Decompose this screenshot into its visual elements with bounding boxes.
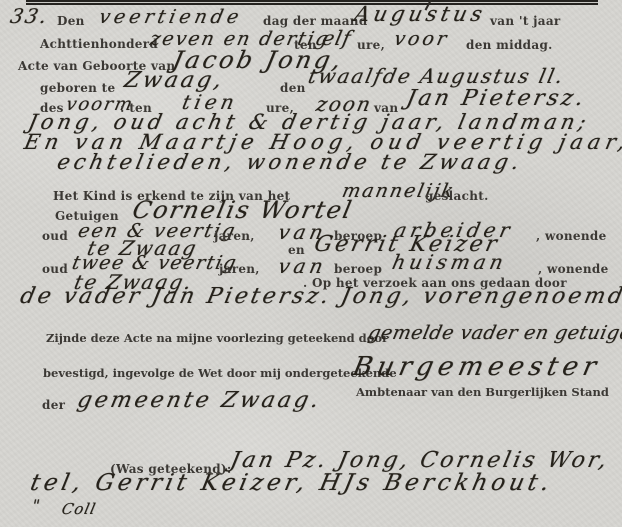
parents-residence-line-handwritten-text: echtelieden, wonende te Zwaag. [55, 150, 525, 174]
witness1-details-line-printed-text: oud [42, 229, 68, 243]
signing-statement-line-printed-text: Zijnde deze Acte na mijne voorlezing get… [46, 331, 388, 345]
record-number: 33. [8, 4, 51, 28]
municipality-line-printed-text: der [42, 398, 65, 412]
gender-line-printed-text: geslacht. [425, 189, 489, 203]
birth-place-date-line-printed-text: den [280, 81, 306, 95]
year-and-hour-line-printed-text: den middag. [466, 38, 553, 52]
confirmation-line-printed-text: bevestigd, ingevolge de Wet door mij ond… [43, 366, 397, 380]
witness1-details-line-printed-text: , wonende [536, 229, 607, 243]
witness2-details-line-handwritten-text: huisman [390, 250, 509, 274]
municipality-line-handwritten-text: gemeente Zwaag. [75, 388, 324, 413]
registration-date-line-printed-text: van 't jaar [490, 14, 561, 28]
registration-date-line-handwritten-text: Augustus [352, 2, 488, 26]
witness2-details-line-printed-text: beroep [334, 262, 382, 276]
requested-by-line-handwritten-text: de vader Jan Pietersz. Jong, vorengenoem… [18, 284, 622, 309]
witness2-details-line-handwritten-text: van [276, 254, 329, 278]
collation-mark-line-handwritten-text: " [30, 496, 41, 515]
birth-place-date-line-handwritten-text: twaalfde Augustus ll. [306, 64, 567, 88]
year-and-hour-line-printed-text: Achttienhonderd [40, 37, 158, 51]
signing-statement-line-handwritten-text: gemelde vader en getuigen [366, 322, 622, 344]
witness2-details-line-printed-text: oud [42, 262, 68, 276]
collation-mark-line-handwritten-text: Coll [60, 500, 98, 518]
birth-place-date-line-printed-text: geboren te [40, 81, 115, 95]
year-and-hour-line-printed-text: ure, [357, 38, 385, 52]
registration-date-line-handwritten-text: veertiende [97, 6, 245, 28]
witness2-details-line-printed-text: , wonende [538, 262, 609, 276]
signatures-line-2-handwritten-text: tel, Gerrit Keizer, HJs Berckhout. [28, 470, 555, 496]
year-and-hour-line-handwritten-text: voor [392, 28, 451, 50]
birth-hour-father-line-handwritten-text: Jan Pietersz. [404, 86, 589, 111]
document-page: 33. Denveertiendedag der maandAugustusva… [0, 0, 622, 527]
witness2-details-line-printed-text: jaren, [219, 262, 260, 276]
top-edge-rule [26, 0, 598, 5]
witness1-details-line-printed-text: jaren, [214, 229, 255, 243]
registration-date-line-printed-text: Den [57, 14, 85, 28]
registrar-title-line-printed-text: Ambtenaar van den Burgerlijken Stand [356, 385, 609, 399]
confirmation-line-handwritten-text: Burgemeester [350, 352, 604, 382]
